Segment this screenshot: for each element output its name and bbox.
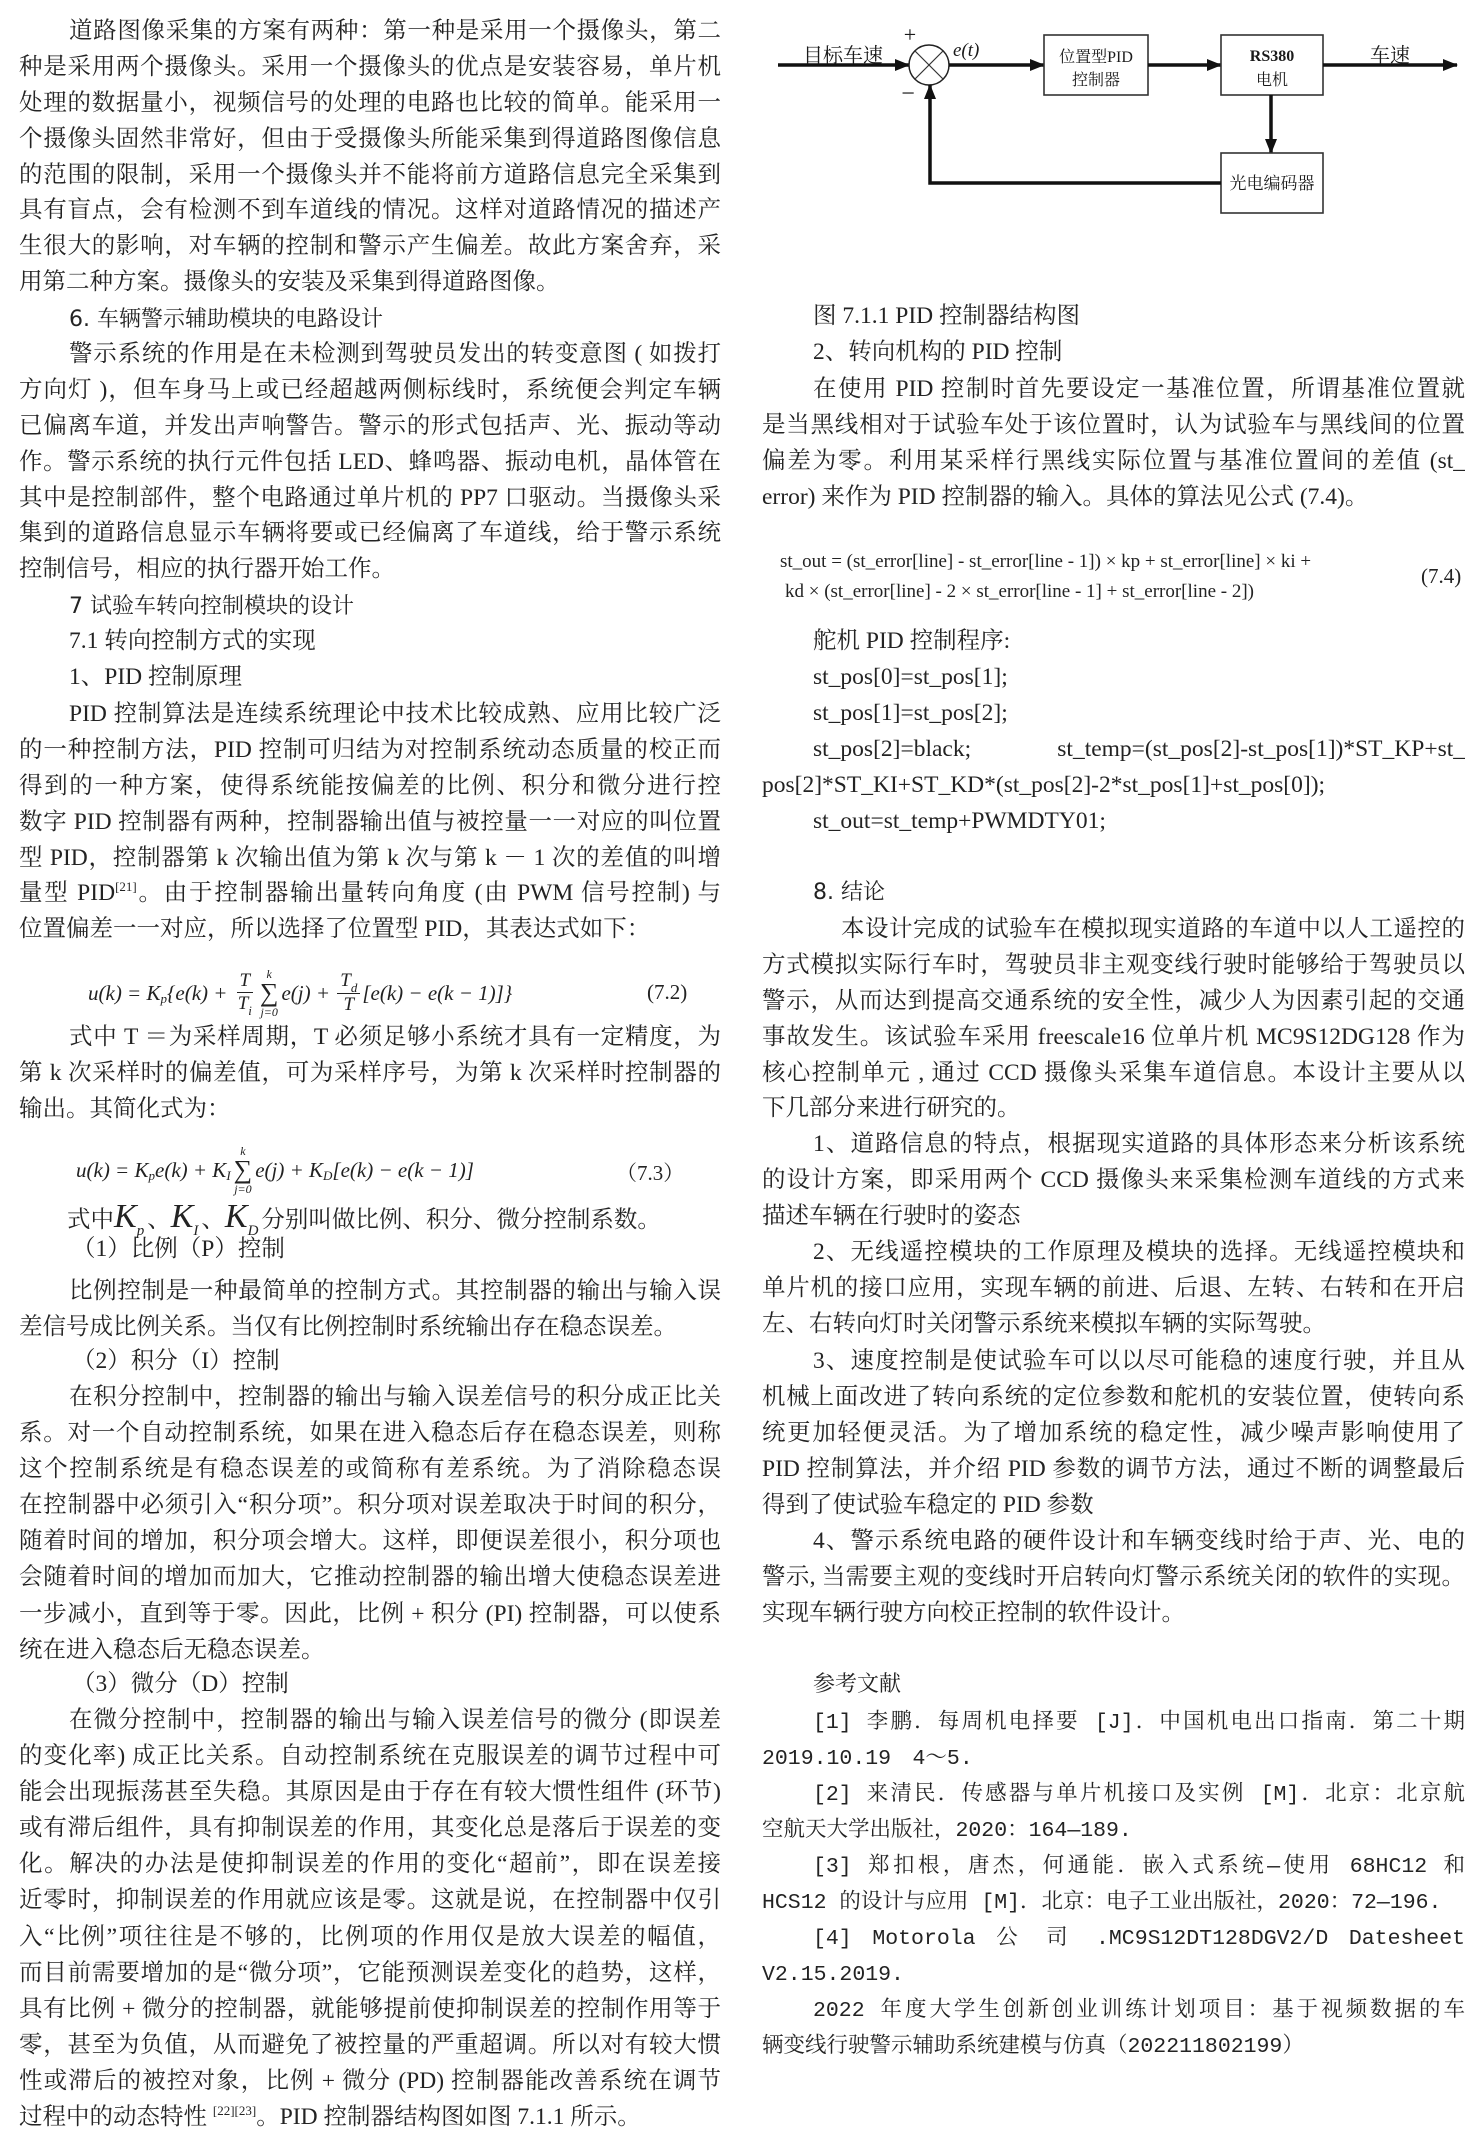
text-line: 作。警示系统的执行元件包括 LED、蜂鸣器、振动电机，晶体管在 xyxy=(19,445,721,481)
text-line: error) 来作为 PID 控制器的输入。具体的算法见公式 (7.4)。 xyxy=(762,480,1465,516)
text-line: 警示系统的作用是在未检测到驾驶员发出的转变意图 ( 如拨打 xyxy=(19,337,721,373)
eq-term: T xyxy=(238,993,249,1014)
reference-line: [1] 李鹏．每周机电择要 [J]．中国机电出口指南．第二十期 xyxy=(762,1705,1465,1741)
code-line: pos[2]*ST_KI+ST_KD*(st_pos[2]-2*st_pos[1… xyxy=(762,768,1465,804)
heading-text: （3）微分（D）控制 xyxy=(19,1667,721,1703)
reference-line: V2.15.2019. xyxy=(762,1957,1465,1993)
text-line: 近零时，抑制误差的作用就应该是零。这就是说，在控制器中仅引 xyxy=(19,1882,721,1918)
text-line: 得到了使试验车稳定的 PID 参数 xyxy=(762,1488,1465,1524)
subheading-proportional: （1）比例（P）控制 xyxy=(19,1232,721,1268)
text-line: 的范围的限制，采用一个摄像头并不能将前方道路信息完全采集到 xyxy=(19,158,721,194)
text-line: 性或滞后的被控对象，比例 + 微分 (PD) 控制器能改善系统在调节 xyxy=(19,2063,721,2099)
references-list: [1] 李鹏．每周机电择要 [J]．中国机电出口指南．第二十期 2019.10.… xyxy=(762,1705,1465,2065)
eq-term: [e(k) − e(k − 1)] xyxy=(332,1158,473,1183)
text-line: 零，甚至为负值，从而避免了被控量的严重超调。所以对有较大惯 xyxy=(19,2027,721,2063)
sum-lower-limit: j=0 xyxy=(234,1183,251,1195)
feedback-arrow xyxy=(930,85,1221,183)
heading-text: （1）比例（P）控制 xyxy=(19,1232,721,1268)
text-line: 4、警示系统电路的硬件设计和车辆变线时给于声、光、电的 xyxy=(762,1524,1465,1560)
list-item-1: 1、道路信息的特点，根据现实道路的具体形态来分析该系统 的设计方案，即采用两个 … xyxy=(762,1127,1465,1235)
paragraph-proportional: 比例控制是一种最简单的控制方式。其控制器的输出与输入误 差信号成比例关系。当仅有… xyxy=(19,1274,721,1346)
minus-sign: − xyxy=(901,81,915,107)
text-line: 数字 PID 控制器有两种，控制器输出值与被控量一一对应的叫位置 xyxy=(19,805,721,841)
text-line: 的一种控制方法，PID 控制可归结为对控制系统动态质量的校正而 xyxy=(19,733,721,769)
reference-line: 空航天大学出版社，2020：164—189. xyxy=(762,1813,1465,1849)
document-page: 道路图像采集的方案有两种：第一种是采用一个摄像头，第二 种是采用两个摄像头。采用… xyxy=(0,0,1477,2139)
eq-subscript: I xyxy=(226,1168,230,1184)
eq-term: {e(k) + xyxy=(167,981,233,1006)
subheading-derivative: （3）微分（D）控制 xyxy=(19,1667,721,1703)
text-line: 第 k 次采样时的偏差值，可为采样序号，为第 k 次采样时控制器的 xyxy=(19,1056,721,1092)
text-line: 集到的道路信息显示车辆将要或已经偏离了车道线，给于警示系统 xyxy=(19,516,721,552)
eq-term: [e(k) − e(k − 1)]} xyxy=(362,981,512,1006)
text-line: 而目前需要增加的是“微分项”，它能预测误差变化的趋势，这样， xyxy=(19,1955,721,1991)
text-line: 核心控制单元 , 通过 CCD 摄像头采集车道信息。本设计主要从以 xyxy=(762,1056,1465,1092)
list-item-4: 4、警示系统电路的硬件设计和车辆变线时给于声、光、电的 警示, 当需要主观的变线… xyxy=(762,1524,1465,1632)
text-line: 输出。其简化式为： xyxy=(19,1092,721,1128)
text-segment: 式中 xyxy=(67,1200,114,1234)
text-line: 具有比例 + 微分的控制器，就能够提前使抑制误差的控制作用等于 xyxy=(19,1991,721,2027)
text-line: 过程中的动态特性 [22][23]。PID 控制器结构图如图 7.1.1 所示。 xyxy=(19,2099,721,2135)
text-line: 位置偏差一一对应，所以选择了位置型 PID，其表达式如下： xyxy=(19,912,721,948)
pid-box-label: 控制器 xyxy=(1072,71,1120,89)
fraction: T Ti xyxy=(235,970,255,1016)
text-line: 得到的一种方案，使得系统能按偏差的比例、积分和微分进行控制。 xyxy=(19,769,721,805)
subsection-heading-7-1: 7.1 转向控制方式的实现 xyxy=(19,624,721,660)
eq-subscript: d xyxy=(351,980,358,995)
fraction: Td T xyxy=(337,970,360,1016)
code-line: st_pos[2]=black; st_temp=(st_pos[2]-st_p… xyxy=(762,732,1465,768)
denominator: Ti xyxy=(235,993,255,1016)
code-line: st_pos[0]=st_pos[1]; xyxy=(762,660,1465,696)
heading-text: 7.1 转向控制方式的实现 xyxy=(19,624,721,660)
sum-lower-limit: j=0 xyxy=(260,1006,277,1018)
reference-line: [4] Motorola 公 司 .MC9S12DT128DGV2/D Date… xyxy=(762,1921,1465,1957)
text-line: 一步减小，直到等于零。因此，比例 + 积分 (PI) 控制器，可以使系 xyxy=(19,1596,721,1632)
equation-7-2: u(k) = Kp {e(k) + T Ti k ∑ j=0 e(j) + Td… xyxy=(88,963,512,1023)
paragraph-road-image-capture: 道路图像采集的方案有两种：第一种是采用一个摄像头，第二 种是采用两个摄像头。采用… xyxy=(19,14,721,301)
equation-number: (7.4) xyxy=(1421,564,1461,589)
eq-term: u(k) = K xyxy=(76,1158,149,1183)
figure-caption: 图 7.1.1 PID 控制器结构图 xyxy=(762,299,1465,335)
text-line: 道路图像采集的方案有两种：第一种是采用一个摄像头，第二 xyxy=(19,14,721,50)
paragraph-warning-system: 警示系统的作用是在未检测到驾驶员发出的转变意图 ( 如拨打 方向灯 )，但车身马… xyxy=(19,337,721,588)
coefficient-symbol: K xyxy=(171,1198,194,1236)
text-line: 系。对一个自动控制系统，如果在进入稳态后存在稳态误差，则称 xyxy=(19,1415,721,1451)
subsection-heading-pid-principle: 1、PID 控制原理 xyxy=(19,660,721,696)
heading-text: 6. 车辆警示辅助模块的电路设计 xyxy=(19,302,721,338)
pid-box-label: 位置型PID xyxy=(1059,48,1133,66)
paragraph-pid-algorithm: PID 控制算法是连续系统理论中技术比较成熟、应用比较广泛 的一种控制方法，PI… xyxy=(19,697,721,948)
program-title: 舵机 PID 控制程序: xyxy=(762,624,1465,660)
eq-subscript: D xyxy=(323,1168,332,1184)
heading-text: 7 试验车转向控制模块的设计 xyxy=(19,589,721,625)
plus-sign: + xyxy=(904,22,916,47)
encoder-box-label: 光电编码器 xyxy=(1230,174,1315,193)
list-item-2: 2、无线遥控模块的工作原理及模块的选择。无线遥控模块和 单片机的接口应用，实现车… xyxy=(762,1235,1465,1343)
text-line: 已偏离车道，并发出声响警告。警示的形式包括声、光、振动等动 xyxy=(19,409,721,445)
summation: k ∑ j=0 xyxy=(234,1145,253,1195)
text-line: 事故发生。该试验车采用 freescale16 位单片机 MC9S12DG128… xyxy=(762,1020,1465,1056)
text-line: 控制信号，相应的执行器开始工作。 xyxy=(19,552,721,588)
sigma-icon: ∑ xyxy=(234,1157,253,1183)
code-listing: st_pos[0]=st_pos[1]; st_pos[1]=st_pos[2]… xyxy=(762,660,1465,839)
output-label: 车速 xyxy=(1370,44,1410,67)
reference-line: HCS12 的设计与应用 [M]．北京：电子工业出版社，2020：72—196. xyxy=(762,1885,1465,1921)
text-line: 实现车辆行驶方向校正控制的软件设计。 xyxy=(762,1596,1465,1632)
text-line: 警示, 当需要主观的变线时开启转向灯警示系统关闭的软件的实现。 xyxy=(762,1560,1465,1596)
section-heading-7: 7 试验车转向控制模块的设计 xyxy=(19,589,721,625)
paragraph-reference-position: 在使用 PID 控制时首先要设定一基准位置，所谓基准位置就 是当黑线相对于试验车… xyxy=(762,372,1465,516)
text-line: 左、右转向灯时关闭警示系统来模拟车辆的实际驾驶。 xyxy=(762,1307,1465,1343)
subsection-heading-steering-pid: 2、转向机构的 PID 控制 xyxy=(762,335,1465,371)
denominator: T xyxy=(341,994,358,1016)
text-line: PID 控制算法是连续系统理论中技术比较成熟、应用比较广泛 xyxy=(19,697,721,733)
text-line: 用第二种方案。摄像头的安装及采集到得道路图像。 xyxy=(19,265,721,301)
paragraph-sampling-period: 式中 T ＝为采样周期，T 必须足够小系统才具有一定精度，为 第 k 次采样时的… xyxy=(19,1020,721,1128)
citation: [21] xyxy=(115,879,137,894)
paragraph-integral: 在积分控制中，控制器的输出与输入误差信号的积分成正比关 系。对一个自动控制系统，… xyxy=(19,1379,721,1668)
heading-text: 舵机 PID 控制程序: xyxy=(762,624,1465,660)
text-line: 方式模拟实际行车时，驾驶员非主观变线行驶时能够给于驾驶员以 xyxy=(762,948,1465,984)
citation: [22][23] xyxy=(213,2103,256,2118)
text-line: 的设计方案，即采用两个 CCD 摄像头来采集检测车道线的方式来 xyxy=(762,1163,1465,1199)
text-line: 具有盲点，会有检测不到车道线的情况。这样对道路情况的描述产 xyxy=(19,193,721,229)
pid-block-diagram: 目标车速 + − e(t) 位置型PID 控制器 RS380 电机 车速 光电编… xyxy=(760,0,1477,220)
heading-text: 2、转向机构的 PID 控制 xyxy=(762,335,1465,371)
text-line: 在控制器中必须引入“积分项”。积分项对误差取决于时间的积分， xyxy=(19,1487,721,1523)
eq-subscript: p xyxy=(161,991,168,1007)
heading-text: 8. 结论 xyxy=(762,875,1465,911)
funding-note-line: 辆变线行驶警示辅助系统建模与仿真（202211802199） xyxy=(762,2029,1465,2065)
eq-term: T xyxy=(340,970,351,991)
code-line: st_out=st_temp+PWMDTY01; xyxy=(762,804,1465,840)
text-segment: 、 xyxy=(147,1200,171,1234)
text-segment: 分别叫做比例、积分、微分控制系数。 xyxy=(261,1200,661,1234)
text-line: 方向灯 )，但车身马上或已经超越两侧标线时，系统便会判定车辆 xyxy=(19,373,721,409)
text-line: 统更加轻便灵活。为了增加系统的稳定性，减少噪声影响使用了 xyxy=(762,1416,1465,1452)
heading-text: （2）积分（I）控制 xyxy=(19,1344,721,1380)
coefficient-symbol: K xyxy=(225,1198,248,1236)
text-line: 生很大的影响，对车辆的控制和警示产生偏差。故此方案舍弃，采 xyxy=(19,229,721,265)
text-line: 1、道路信息的特点，根据现实道路的具体形态来分析该系统 xyxy=(762,1127,1465,1163)
text-line: 式中 T ＝为采样周期，T 必须足够小系统才具有一定精度，为 xyxy=(19,1020,721,1056)
summation: k ∑ j=0 xyxy=(260,968,279,1018)
numerator: T xyxy=(237,970,254,993)
motor-box-label: RS380 xyxy=(1250,48,1294,65)
text-line: 统在进入稳态后无稳态误差。 xyxy=(19,1632,721,1668)
paragraph-derivative: 在微分控制中，控制器的输出与输入误差信号的微分 (即误差 的变化率) 成正比关系… xyxy=(19,1702,721,2135)
paragraph-conclusion: 本设计完成的试验车在模拟现实道路的车道中以人工遥控的 方式模拟实际行车时，驾驶员… xyxy=(762,912,1465,1127)
numerator: Td xyxy=(337,970,360,994)
motor-box-label: 电机 xyxy=(1256,71,1288,89)
sigma-icon: ∑ xyxy=(260,980,279,1006)
text-segment: 、 xyxy=(201,1200,225,1234)
text-line: 差信号成比例关系。当仅有比例控制时系统输出存在稳态误差。 xyxy=(19,1310,721,1346)
list-item-3: 3、速度控制是使试验车可以以尽可能稳的速度行驶，并且从 机械上面改进了转向系统的… xyxy=(762,1344,1465,1523)
eq-subscript: p xyxy=(149,1168,156,1184)
text-line: 其中是控制部件，整个电路通过单片机的 PP7 口驱动。当摄像头采 xyxy=(19,481,721,517)
text-line: 警示，从而达到提高交通系统的安全性，减少人为因素引起的交通 xyxy=(762,984,1465,1020)
section-heading-6: 6. 车辆警示辅助模块的电路设计 xyxy=(19,302,721,338)
references-heading: 参考文献 xyxy=(762,1667,1465,1703)
text-line: 在微分控制中，控制器的输出与输入误差信号的微分 (即误差 xyxy=(19,1702,721,1738)
text-line: 会随着时间的增加而加大，它推动控制器的输出增大使稳态误差进 xyxy=(19,1559,721,1595)
text-line: 描述车辆在行驶时的姿态 xyxy=(762,1199,1465,1235)
text-line: 能会出现振荡甚至失稳。其原因是由于存在有较大惯性组件 (环节) xyxy=(19,1774,721,1810)
eq-term: e(k) + K xyxy=(155,1158,226,1183)
text-line: 量型 PID[21]。由于控制器输出量转向角度 (由 PWM 信号控制) 与 xyxy=(19,876,721,912)
code-line: st_pos[1]=st_pos[2]; xyxy=(762,696,1465,732)
text-line: 3、速度控制是使试验车可以以尽可能稳的速度行驶，并且从 xyxy=(762,1344,1465,1380)
equation-7-4-line-2: kd × (st_error[line] - 2 × st_error[line… xyxy=(785,577,1254,607)
text-line: 型 PID，控制器第 k 次输出值为第 k 次与第 k － 1 次的差值的叫增 xyxy=(19,841,721,877)
text-line: 在积分控制中，控制器的输出与输入误差信号的积分成正比关 xyxy=(19,1379,721,1415)
equation-number: (7.2) xyxy=(647,980,687,1005)
equation-7-4-line-1: st_out = (st_error[line] - st_error[line… xyxy=(780,547,1311,577)
reference-line: [3] 郑扣根，唐杰，何通能．嵌入式系统—使用 68HC12 和 xyxy=(762,1849,1465,1885)
equation-7-3: u(k) = Kp e(k) + KI k ∑ j=0 e(j) + KD [e… xyxy=(76,1140,474,1200)
error-label: e(t) xyxy=(953,40,979,61)
text-line: 种是采用两个摄像头。采用一个摄像头的优点是安装容易，单片机 xyxy=(19,50,721,86)
caption-text: 图 7.1.1 PID 控制器结构图 xyxy=(762,299,1465,335)
input-label: 目标车速 xyxy=(803,44,883,67)
text-line: 入“比例”项往往是不够的，比例项的作用仅是放大误差的幅值， xyxy=(19,1919,721,1955)
text-segment: 过程中的动态特性 xyxy=(19,2104,213,2130)
funding-note-line: 2022 年度大学生创新创业训练计划项目：基于视频数据的车 xyxy=(762,1993,1465,2029)
reference-line: [2] 来清民．传感器与单片机接口及实例 [M]．北京：北京航 xyxy=(762,1777,1465,1813)
text-line: 化。解决的办法是使抑制误差的作用的变化“超前”，即在误差接 xyxy=(19,1846,721,1882)
text-segment: 。由于控制器输出量转向角度 (由 PWM 信号控制) 与 xyxy=(137,880,721,906)
heading-text: 1、PID 控制原理 xyxy=(19,660,721,696)
equation-number: （7.3） xyxy=(616,1157,684,1187)
text-line: 这个控制系统是有稳态误差的或简称有差系统。为了消除稳态误差， xyxy=(19,1451,721,1487)
text-line: 本设计完成的试验车在模拟现实道路的车道中以人工遥控的 xyxy=(762,912,1465,948)
coefficient-symbol: K xyxy=(114,1198,137,1236)
text-line: 随着时间的增加，积分项会增大。这样，即便误差很小，积分项也 xyxy=(19,1523,721,1559)
text-line: 是当黑线相对于试验车处于该位置时，认为试验车与黑线间的位置 xyxy=(762,408,1465,444)
eq-term: e(j) + xyxy=(281,981,335,1006)
eq-term: u(k) = K xyxy=(88,981,161,1006)
text-line: 机械上面改进了转向系统的定位参数和舵机的安装位置，使转向系 xyxy=(762,1380,1465,1416)
section-heading-8: 8. 结论 xyxy=(762,875,1465,911)
heading-text: 参考文献 xyxy=(762,1667,1465,1703)
text-line: PID 控制算法，并介绍 PID 参数的调节方法，通过不断的调整最后 xyxy=(762,1452,1465,1488)
text-line: 单片机的接口应用，实现车辆的前进、后退、左转、右转和在开启 xyxy=(762,1271,1465,1307)
text-line: 2、无线遥控模块的工作原理及模块的选择。无线遥控模块和 xyxy=(762,1235,1465,1271)
text-segment: 量型 PID xyxy=(19,880,115,906)
text-segment: 。PID 控制器结构图如图 7.1.1 所示。 xyxy=(256,2104,641,2130)
text-line: 在使用 PID 控制时首先要设定一基准位置，所谓基准位置就 xyxy=(762,372,1465,408)
subheading-integral: （2）积分（I）控制 xyxy=(19,1344,721,1380)
text-line: 或有滞后组件，具有抑制误差的作用，其变化总是落后于误差的变 xyxy=(19,1810,721,1846)
reference-line: 2019.10.19 4～5. xyxy=(762,1741,1465,1777)
text-line: 偏差为零。利用某采样行黑线实际位置与基准位置间的差值 (st_ xyxy=(762,444,1465,480)
text-line: 处理的数据量小，视频信号的处理的电路也比较的简单。能采用一 xyxy=(19,86,721,122)
text-line: 的变化率) 成正比关系。自动控制系统在克服误差的调节过程中可 xyxy=(19,1738,721,1774)
text-line: 下几部分来进行研究的。 xyxy=(762,1091,1465,1127)
text-line: 比例控制是一种最简单的控制方式。其控制器的输出与输入误 xyxy=(19,1274,721,1310)
eq-subscript: i xyxy=(248,1003,252,1018)
eq-term: e(j) + K xyxy=(255,1158,323,1183)
text-line: 个摄像头固然非常好，但由于受摄像头所能采集到得道路图像信息 xyxy=(19,122,721,158)
